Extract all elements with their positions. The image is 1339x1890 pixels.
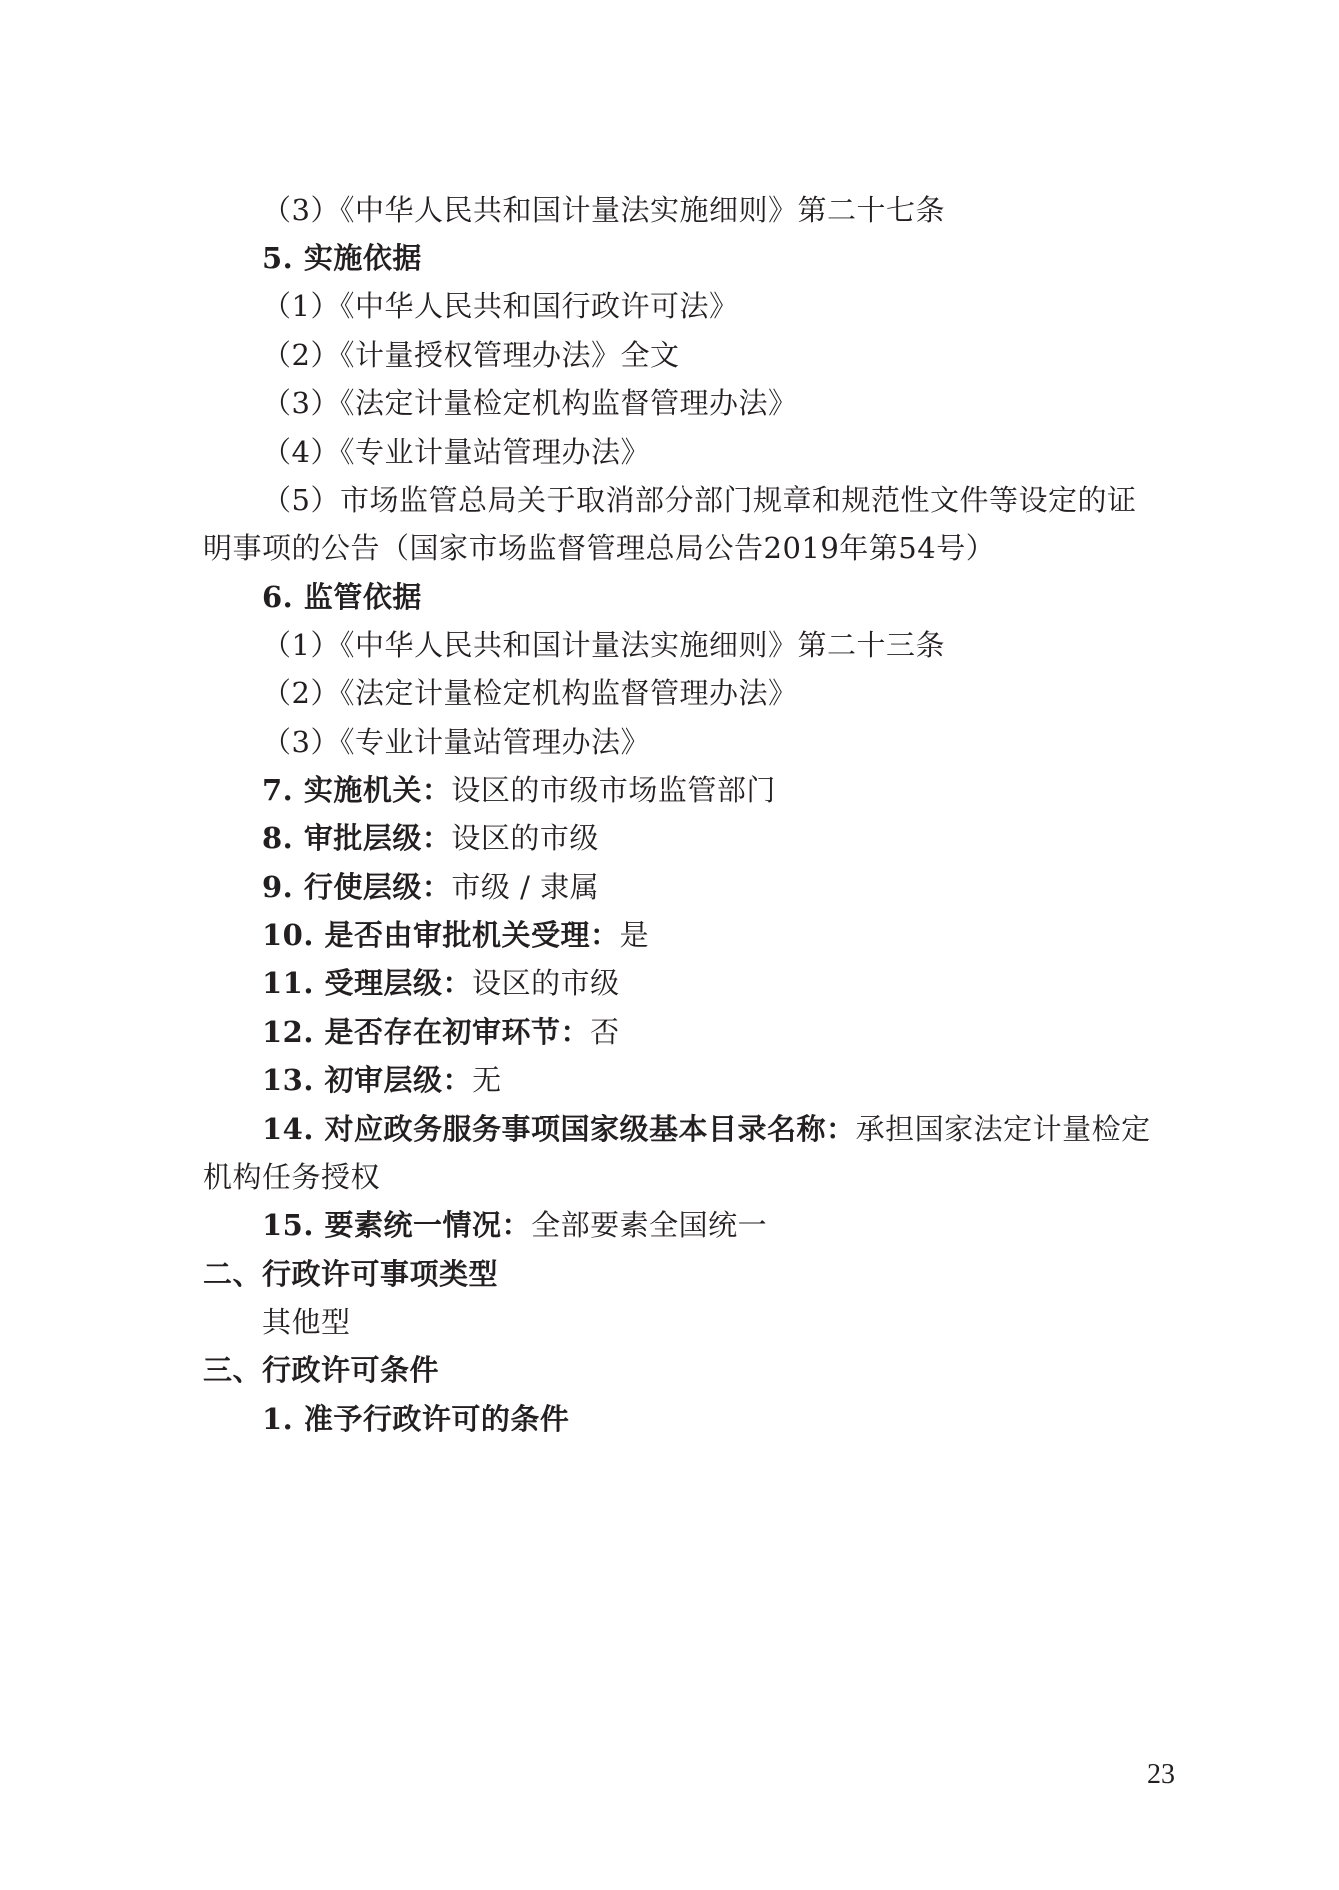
implementation-basis-item-2: （2）《计量授权管理办法》全文 — [262, 337, 679, 373]
field-preliminary-review-exists: 12. 是否存在初审环节：否 — [262, 1014, 620, 1050]
field-approval-level: 8. 审批层级：设区的市级 — [262, 820, 599, 856]
supervision-basis-item-3: （3）《专业计量站管理办法》 — [262, 724, 650, 760]
field-value: 否 — [590, 1015, 620, 1049]
field-value: 市级 / 隶属 — [451, 870, 599, 904]
field-value: 设区的市级 — [472, 966, 620, 1000]
field-label: 10. 是否由审批机关受理： — [262, 918, 620, 952]
subsection-heading-approval-conditions: 1. 准予行政许可的条件 — [262, 1401, 569, 1437]
field-accepted-by-approving-authority: 10. 是否由审批机关受理：是 — [262, 917, 649, 953]
field-preliminary-review-level: 13. 初审层级：无 — [262, 1062, 502, 1098]
field-value: 全部要素全国统一 — [531, 1208, 767, 1242]
field-value: 设区的市级 — [451, 821, 599, 855]
field-value: 无 — [472, 1063, 502, 1097]
field-label: 14. 对应政务服务事项国家级基本目录名称： — [262, 1112, 856, 1146]
implementation-basis-item-5: （5）市场监管总局关于取消部分部门规章和规范性文件等设定的证 — [262, 482, 1136, 518]
implementation-basis-item-4: （4）《专业计量站管理办法》 — [262, 434, 650, 470]
field-label: 13. 初审层级： — [262, 1063, 472, 1097]
license-type-value: 其他型 — [262, 1304, 351, 1340]
section-heading-license-type: 二、行政许可事项类型 — [203, 1256, 498, 1292]
field-label: 7. 实施机关： — [262, 773, 451, 807]
field-national-catalog-name: 14. 对应政务服务事项国家级基本目录名称：承担国家法定计量检定 — [262, 1111, 1151, 1147]
section-heading-license-conditions: 三、行政许可条件 — [203, 1352, 439, 1388]
field-label: 8. 审批层级： — [262, 821, 451, 855]
field-value: 承担国家法定计量检定 — [856, 1112, 1151, 1146]
supervision-basis-item-2: （2）《法定计量检定机构监督管理办法》 — [262, 675, 797, 711]
field-element-unification: 15. 要素统一情况：全部要素全国统一 — [262, 1207, 767, 1243]
section-heading-implementation-basis: 5. 实施依据 — [262, 240, 422, 276]
field-label: 11. 受理层级： — [262, 966, 472, 1000]
field-national-catalog-name-continuation: 机构任务授权 — [203, 1159, 380, 1195]
field-label: 9. 行使层级： — [262, 870, 451, 904]
field-label: 15. 要素统一情况： — [262, 1208, 531, 1242]
section-heading-supervision-basis: 6. 监管依据 — [262, 579, 422, 615]
document-page: （3）《中华人民共和国计量法实施细则》第二十七条 5. 实施依据 （1）《中华人… — [0, 0, 1339, 1890]
field-value: 设区的市级市场监管部门 — [451, 773, 776, 807]
page-number: 23 — [1147, 1758, 1175, 1792]
implementation-basis-item-5-continuation: 明事项的公告（国家市场监督管理总局公告2019年第54号） — [203, 530, 995, 566]
field-implementing-agency: 7. 实施机关：设区的市级市场监管部门 — [262, 772, 776, 808]
field-exercise-level: 9. 行使层级：市级 / 隶属 — [262, 869, 599, 905]
field-acceptance-level: 11. 受理层级：设区的市级 — [262, 965, 620, 1001]
field-label: 12. 是否存在初审环节： — [262, 1015, 590, 1049]
implementation-basis-item-1: （1）《中华人民共和国行政许可法》 — [262, 288, 738, 324]
basis-item-3: （3）《中华人民共和国计量法实施细则》第二十七条 — [262, 192, 945, 228]
field-value: 是 — [620, 918, 650, 952]
supervision-basis-item-1: （1）《中华人民共和国计量法实施细则》第二十三条 — [262, 627, 945, 663]
implementation-basis-item-3: （3）《法定计量检定机构监督管理办法》 — [262, 385, 797, 421]
